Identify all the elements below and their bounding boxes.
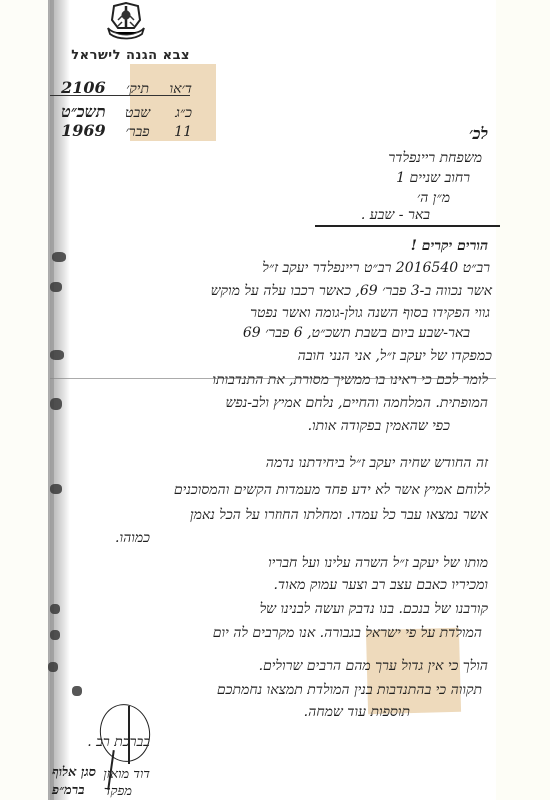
body-line: גווי הפקידו בסוף השנה גולן-גומה ואשר נפט…	[250, 305, 490, 322]
ink-smudge	[72, 686, 82, 696]
body-line: הולך כי אין גדול ערך מהם הרבים שרולים.	[259, 658, 488, 675]
ink-smudge	[50, 398, 62, 410]
body-line: תקווה כי בהתנדבות בנין המולדת תמצאו נחמת…	[217, 682, 482, 699]
body-line: לומר לכם כי ראינו בו ממשיך מסורת, את התנ…	[212, 372, 488, 389]
ink-smudge	[52, 252, 66, 262]
address-line-2: רחוב שניים 1	[396, 170, 470, 187]
ink-smudge	[48, 662, 58, 672]
ink-smudge	[50, 630, 60, 640]
body-line: רב״ט 2016540 רב״ט ריינפלדר יעקב ז״ל	[262, 260, 490, 277]
body-line: כמוהו.	[115, 530, 150, 547]
body-line: ללוחם אמיץ אשר לא ידע פחד מעמדות הקשים ו…	[174, 482, 490, 499]
reference-underline	[50, 95, 190, 96]
address-rule	[315, 225, 500, 227]
reference-row-hebrew-date: כ״ג שבט תשכ״ט	[61, 102, 192, 122]
ink-smudge	[50, 282, 62, 292]
reference-row-date: 11 פבר׳ 1969	[61, 121, 192, 141]
body-line: כפי שהאמין בפקודה אותו.	[308, 418, 450, 435]
body-line: כמפקדו של יעקב ז״ל, אני הנני חובה	[298, 348, 492, 365]
body-line: באר-שבע ביום בשבת תשכ״ט, 6 פבר׳ 69	[243, 325, 470, 342]
body-line: ומכיריו כאבם עצב רב וצער עמוק מאוד.	[273, 577, 488, 594]
to-marker: לכ׳	[469, 124, 488, 144]
ink-smudge	[50, 604, 60, 614]
scan-right-margin	[496, 0, 550, 800]
idf-emblem-icon	[104, 2, 148, 42]
letterhead: צבא הגנה לישראל	[71, 48, 190, 63]
body-line: קורבנו של בנכם. בנו נדבק ועשה לבנינו של	[260, 601, 488, 618]
address-line-1: משפחת ריינפלדר	[388, 150, 482, 167]
signer-rank-cut: סגן אלוף	[52, 764, 96, 780]
ink-smudge	[50, 350, 64, 360]
body-line: אשר נמצאו עבר כל עמדו. ומחלתו החוזרו על …	[190, 507, 488, 524]
signature-stroke	[128, 706, 130, 764]
ink-smudge	[50, 484, 62, 494]
signer-unit-cut: ברמ״פ	[52, 782, 84, 798]
body-line: אשר נכווה ב-3 פבר׳ 69, כאשר רכבו עלה על …	[211, 283, 492, 300]
body-line: מותו של יעקב ז״ל השרה עלינו ועל חבריו	[268, 555, 488, 572]
body-line: זה החודש שחיה יעקב ז״ל ביחידתנו נדמה	[266, 455, 488, 472]
address-line-3: מ״ן ה׳	[417, 190, 450, 207]
body-line: המופתית. המלחמה והחיים, נלחם אמיץ ולב-נפ…	[226, 395, 489, 412]
address-line-4: באר - שבע .	[361, 207, 430, 224]
body-line: תוספות עוד שמחה.	[304, 704, 410, 721]
body-line: המולדת על פי ישראל בגבורה. אנו מקרבים לה…	[213, 625, 482, 642]
signer-title: מפקד	[104, 783, 132, 799]
greeting: הורים יקרים !	[411, 238, 488, 255]
signer-name: דוד מואזן	[103, 766, 150, 782]
